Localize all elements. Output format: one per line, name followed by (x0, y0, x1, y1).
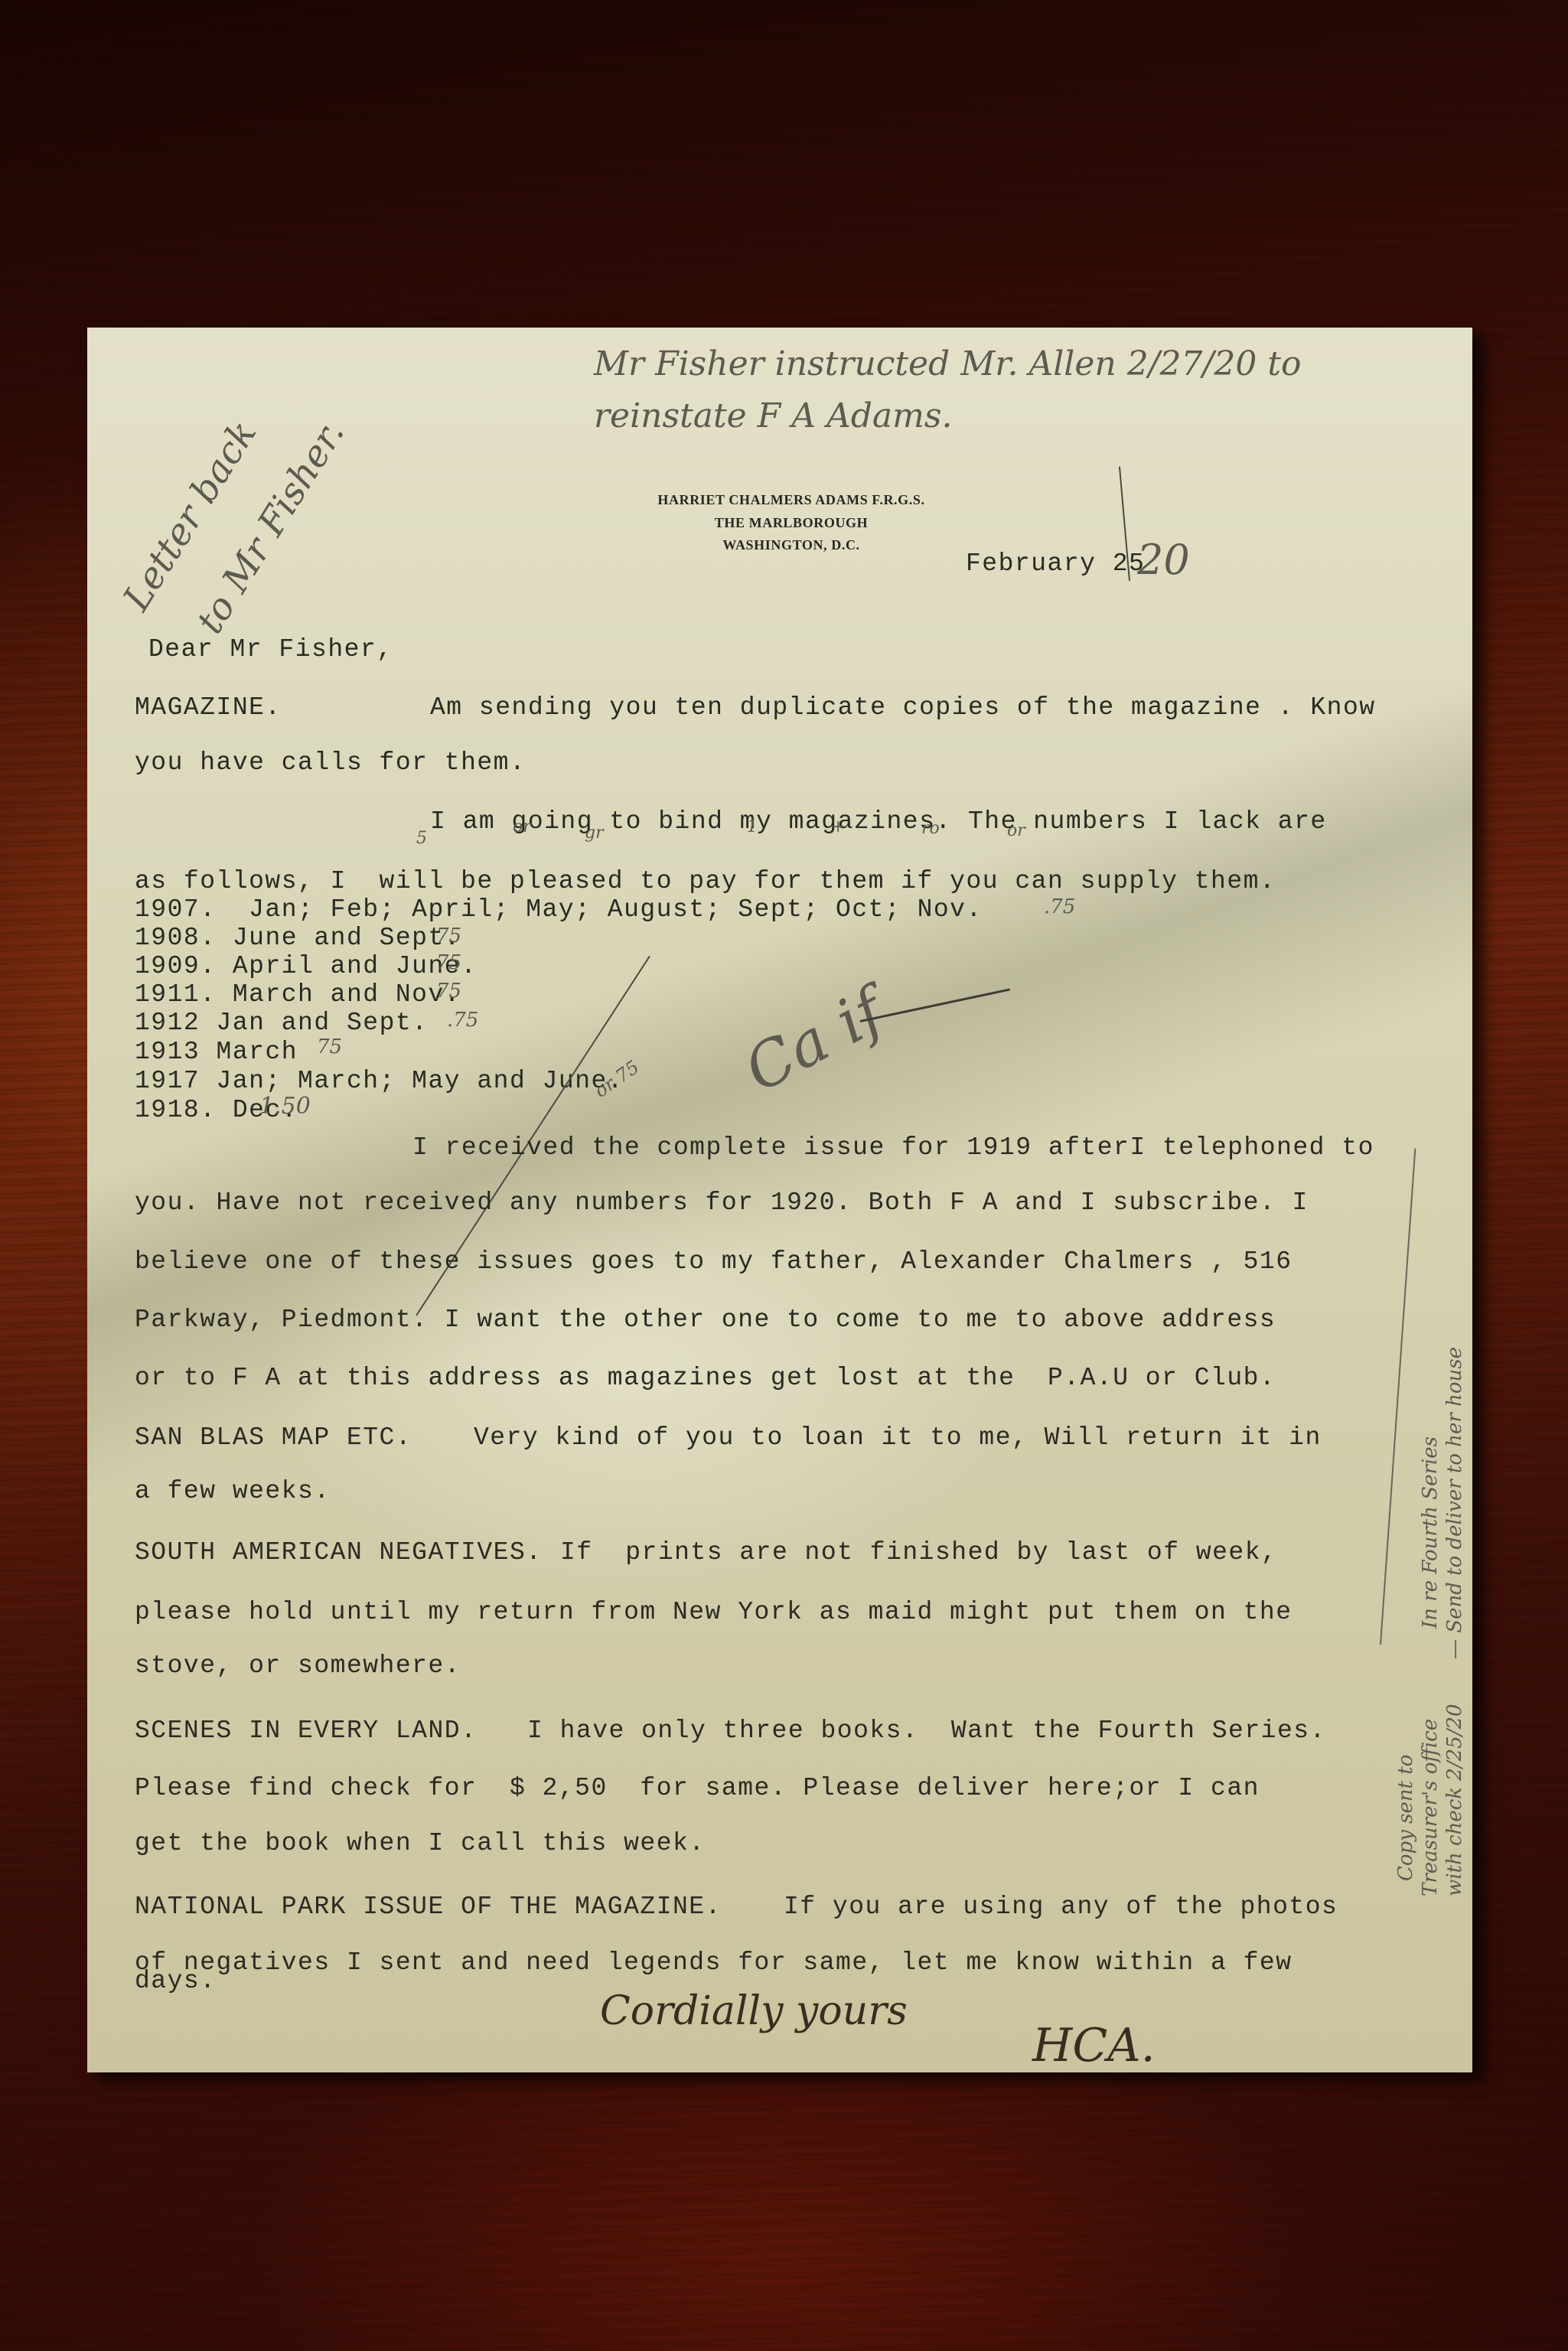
issue-row: 1911. March and Nov. (135, 980, 461, 1009)
scenes-text-line2: Please find check for $ 2,50 for same. P… (135, 1774, 1260, 1802)
right-margin-note-line5: with check 2/25/20 (1443, 1704, 1466, 1896)
section-heading-magazine: MAGAZINE. (135, 693, 282, 722)
section-heading-scenes: SCENES IN EVERY LAND. (135, 1717, 477, 1745)
issue-months: March (217, 1038, 298, 1066)
right-margin-note-line4: Treasurer's office (1419, 1719, 1442, 1896)
price-mark: or (1007, 821, 1025, 840)
magazine-text-line1: Am sending you ten duplicate copies of t… (430, 693, 1376, 722)
bind-text-line1: I am going to bind my magazines. The num… (430, 807, 1327, 836)
issue-year: 1909. (135, 952, 217, 980)
negatives-text-line3: stove, or somewhere. (135, 1652, 461, 1680)
issue-months: Jan; Feb; April; May; August; Sept; Oct;… (249, 895, 983, 924)
received-text-line2: you. Have not received any numbers for 1… (135, 1189, 1309, 1217)
scribble-initial: Ca if (733, 975, 895, 1106)
price-mark: 75 (436, 951, 461, 974)
price-mark: .75 (447, 1009, 478, 1032)
letterhead-city: WASHINGTON, D.C. (585, 537, 998, 553)
received-text-line3: believe one of these issues goes to my f… (135, 1247, 1293, 1276)
letter-page: Mr Fisher instructed Mr. Allen 2/27/20 t… (87, 328, 1472, 2072)
scenes-text-line1: I have only three books. Want the Fourth… (527, 1717, 1326, 1745)
issue-year: 1911. (135, 980, 217, 1009)
price-mark: 75 (436, 924, 461, 947)
issue-row: 1907. Jan; Feb; April; May; August; Sept… (135, 895, 983, 924)
letterhead-name: HARRIET CHALMERS ADAMS F.R.G.S. (585, 492, 998, 508)
issue-year: 1907. (135, 895, 217, 924)
negatives-text-line1: If prints are not finished by last of we… (560, 1538, 1277, 1567)
negatives-text-line2: please hold until my return from New Yor… (135, 1598, 1293, 1626)
price-mark: .75 (1044, 895, 1075, 918)
margin-bracket-line (1380, 1149, 1416, 1645)
price-mark: 75 (317, 1035, 342, 1058)
national-park-text-line1: If you are using any of the photos (784, 1893, 1338, 1921)
price-mark: 1.50 (259, 1093, 311, 1120)
letterhead-building: THE MARLBOROUGH (585, 515, 998, 531)
issue-row: 1909. April and June. (135, 952, 477, 980)
price-mark: ro (921, 819, 940, 838)
issue-year: 1913 (135, 1038, 200, 1066)
section-heading-san-blas: SAN BLAS MAP ETC. (135, 1423, 412, 1452)
issue-row: 1913 March (135, 1038, 298, 1066)
san-blas-text-line2: a few weeks. (135, 1477, 331, 1505)
top-note-line2: reinstate F A Adams. (594, 396, 952, 435)
magazine-text-line2: you have calls for them. (135, 748, 526, 777)
issue-months: June and Sept. (233, 924, 461, 952)
received-text-line1: I received the complete issue for 1919 a… (412, 1133, 1374, 1162)
issue-row: 1917 Jan; March; May and June. (135, 1067, 624, 1095)
letter-date: February 25 (966, 549, 1145, 578)
valediction: Cordially yours (600, 1988, 908, 2034)
section-heading-negatives: SOUTH AMERICAN NEGATIVES. (135, 1538, 543, 1567)
scribble-tail (860, 988, 1010, 1022)
issue-months: Jan and Sept. (217, 1009, 429, 1037)
price-mark: 75 (436, 980, 461, 1003)
right-margin-note-line1: In re Fourth Series (1419, 1436, 1442, 1629)
national-park-text-line2: of negatives I sent and need legends for… (135, 1948, 1293, 1977)
issue-row: 1912 Jan and Sept. (135, 1009, 428, 1037)
price-mark: or (513, 817, 531, 836)
issue-year: 1912 (135, 1009, 200, 1037)
signature-initials: HCA. (1032, 2019, 1156, 2072)
received-text-line4: Parkway, Piedmont. I want the other one … (135, 1306, 1276, 1334)
top-note-line1: Mr Fisher instructed Mr. Allen 2/27/20 t… (594, 344, 1302, 383)
right-margin-note-line2: — Send to deliver to her house (1443, 1347, 1466, 1659)
price-mark: + (831, 817, 845, 836)
price-mark: gr (585, 823, 604, 843)
issue-year: 1917 (135, 1067, 200, 1095)
salutation: Dear Mr Fisher, (148, 635, 393, 664)
issue-year: 1918. (135, 1096, 217, 1124)
bind-text-line2: as follows, I will be pleased to pay for… (135, 867, 1276, 895)
national-park-text-line3: days. (135, 1967, 217, 1995)
issue-row: 1908. June and Sept. (135, 924, 461, 952)
price-mark: 1 (747, 817, 758, 836)
right-margin-note-line3: Copy sent to (1394, 1755, 1417, 1881)
received-text-line5: or to F A at this address as magazines g… (135, 1364, 1276, 1392)
san-blas-text-line1: Very kind of you to loan it to me, Will … (474, 1423, 1322, 1452)
section-heading-national-park: NATIONAL PARK ISSUE OF THE MAGAZINE. (135, 1893, 722, 1921)
price-mark: 5 (416, 829, 427, 848)
scenes-text-line3: get the book when I call this week. (135, 1829, 706, 1857)
issue-year: 1908. (135, 924, 217, 952)
issue-months: March and Nov. (233, 980, 461, 1009)
date-year-handwritten: 20 (1137, 536, 1190, 584)
